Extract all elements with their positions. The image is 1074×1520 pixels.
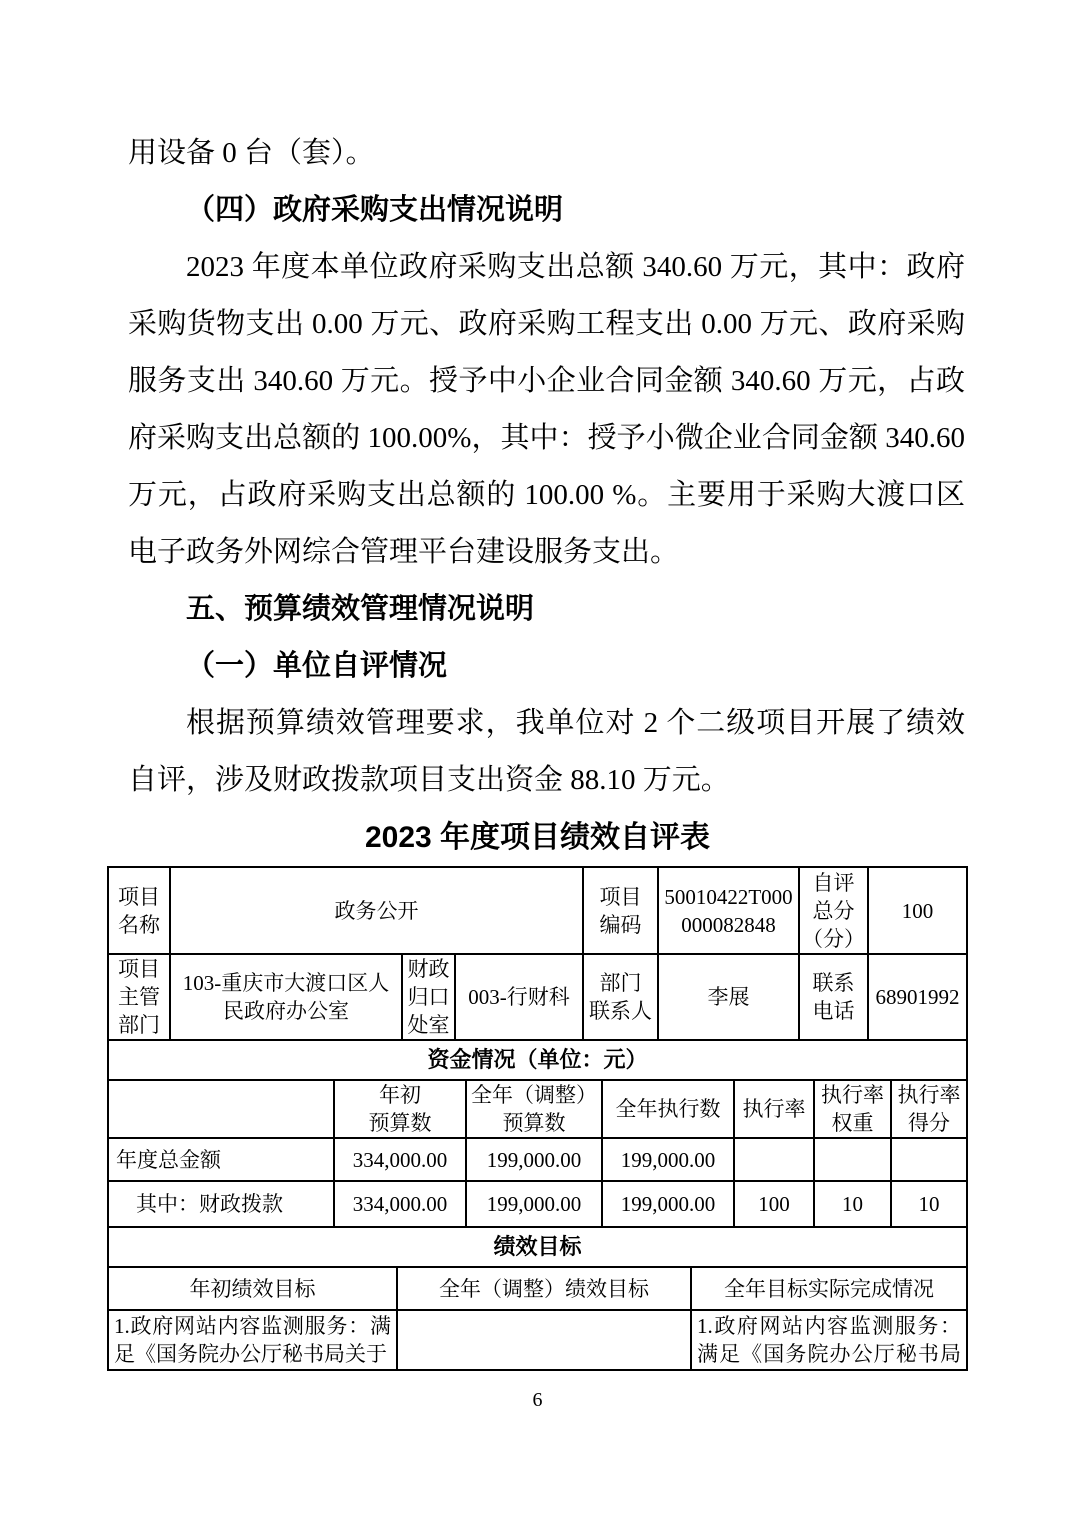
cell-total-rate-weight bbox=[815, 1139, 890, 1180]
cell-fiscal-rate-score: 10 bbox=[892, 1182, 966, 1226]
cell-dept-label: 项目 主管 部门 bbox=[109, 955, 169, 1039]
cell-project-code-value: 50010422T000 000082848 bbox=[659, 868, 798, 953]
cell-total-amount-label: 年度总金额 bbox=[109, 1139, 333, 1180]
cell-funds-header-rate-score: 执行率 得分 bbox=[892, 1081, 966, 1137]
cell-total-executed: 199,000.00 bbox=[603, 1139, 733, 1180]
table-section-project-info: 项目 名称 政务公开 项目 编码 50010422T000 000082848 … bbox=[109, 868, 966, 1039]
cell-fiscal-adjusted-budget: 199,000.00 bbox=[467, 1182, 601, 1226]
paragraph-equipment-tail: 用设备 0 台（套）。 bbox=[128, 125, 965, 182]
cell-phone-label: 联系 电话 bbox=[800, 955, 867, 1039]
heading-performance-management: 五、预算绩效管理情况说明 bbox=[128, 581, 965, 638]
heading-unit-self-eval: （一）单位自评情况 bbox=[128, 638, 965, 695]
table-section-funds-banner: 资金情况（单位：元） bbox=[109, 1041, 966, 1079]
cell-total-rate-score bbox=[892, 1139, 966, 1180]
cell-self-score-value: 100 bbox=[869, 868, 966, 953]
cell-funds-banner: 资金情况（单位：元） bbox=[109, 1041, 966, 1079]
cell-finance-office-value: 003-行财科 bbox=[456, 955, 582, 1039]
heading-procurement-section: （四）政府采购支出情况说明 bbox=[128, 182, 965, 239]
cell-funds-header-executed: 全年执行数 bbox=[603, 1081, 733, 1137]
cell-phone-value: 68901992 bbox=[869, 955, 966, 1039]
cell-goals-banner: 绩效目标 bbox=[109, 1228, 966, 1266]
cell-goal-initial-text: 1.政府网站内容监测服务：满足《国务院办公厅秘书局关于 bbox=[109, 1311, 396, 1369]
cell-project-name-value: 政务公开 bbox=[171, 868, 582, 953]
cell-self-score-label: 自评 总分 （分） bbox=[800, 868, 867, 953]
cell-goals-header-initial: 年初绩效目标 bbox=[109, 1268, 396, 1309]
cell-project-code-label: 项目 编码 bbox=[584, 868, 657, 953]
cell-fiscal-exec-rate: 100 bbox=[735, 1182, 813, 1226]
cell-dept-value: 103-重庆市大渡口区人 民政府办公室 bbox=[171, 955, 401, 1039]
cell-funds-header-adjusted-budget: 全年（调整） 预算数 bbox=[467, 1081, 601, 1137]
document-content: 用设备 0 台（套）。 （四）政府采购支出情况说明 2023 年度本单位政府采购… bbox=[0, 0, 1074, 1413]
cell-project-name-label: 项目 名称 bbox=[109, 868, 169, 953]
cell-fiscal-initial-budget: 334,000.00 bbox=[335, 1182, 465, 1226]
cell-fiscal-executed: 199,000.00 bbox=[603, 1182, 733, 1226]
cell-contact-label: 部门 联系人 bbox=[584, 955, 657, 1039]
cell-funds-header-rate-weight: 执行率 权重 bbox=[815, 1081, 890, 1137]
table-section-goals: 年初绩效目标 全年（调整）绩效目标 全年目标实际完成情况 1.政府网站内容监测服… bbox=[109, 1268, 966, 1369]
paragraph-procurement: 2023 年度本单位政府采购支出总额 340.60 万元，其中：政府采购货物支出… bbox=[128, 239, 965, 581]
cell-funds-header-initial-budget: 年初 预算数 bbox=[335, 1081, 465, 1137]
cell-funds-header-blank bbox=[109, 1081, 333, 1137]
cell-goal-adjusted-text bbox=[398, 1311, 690, 1369]
cell-contact-value: 李展 bbox=[659, 955, 798, 1039]
table-section-funds: 年初 预算数 全年（调整） 预算数 全年执行数 执行率 执行率 权重 执行率 得… bbox=[109, 1081, 966, 1226]
cell-goals-header-actual: 全年目标实际完成情况 bbox=[692, 1268, 966, 1309]
cell-total-exec-rate bbox=[735, 1139, 813, 1180]
cell-goal-actual-text: 1.政府网站内容监测服务：满足《国务院办公厅秘书局关于 bbox=[692, 1311, 966, 1369]
cell-funds-header-exec-rate: 执行率 bbox=[735, 1081, 813, 1137]
cell-total-adjusted-budget: 199,000.00 bbox=[467, 1139, 601, 1180]
paragraph-self-eval: 根据预算绩效管理要求，我单位对 2 个二级项目开展了绩效自评，涉及财政拨款项目支… bbox=[128, 695, 965, 809]
table-section-goals-banner: 绩效目标 bbox=[109, 1228, 966, 1266]
cell-fiscal-label: 其中：财政拨款 bbox=[109, 1182, 333, 1226]
document-page: 用设备 0 台（套）。 （四）政府采购支出情况说明 2023 年度本单位政府采购… bbox=[0, 0, 1074, 1520]
self-eval-table: 项目 名称 政务公开 项目 编码 50010422T000 000082848 … bbox=[107, 866, 968, 1371]
cell-fiscal-rate-weight: 10 bbox=[815, 1182, 890, 1226]
table-title: 2023 年度项目绩效自评表 bbox=[107, 809, 968, 866]
cell-finance-office-label: 财政 归口 处室 bbox=[403, 955, 454, 1039]
page-number: 6 bbox=[107, 1387, 968, 1413]
cell-goals-header-adjusted: 全年（调整）绩效目标 bbox=[398, 1268, 690, 1309]
cell-total-initial-budget: 334,000.00 bbox=[335, 1139, 465, 1180]
